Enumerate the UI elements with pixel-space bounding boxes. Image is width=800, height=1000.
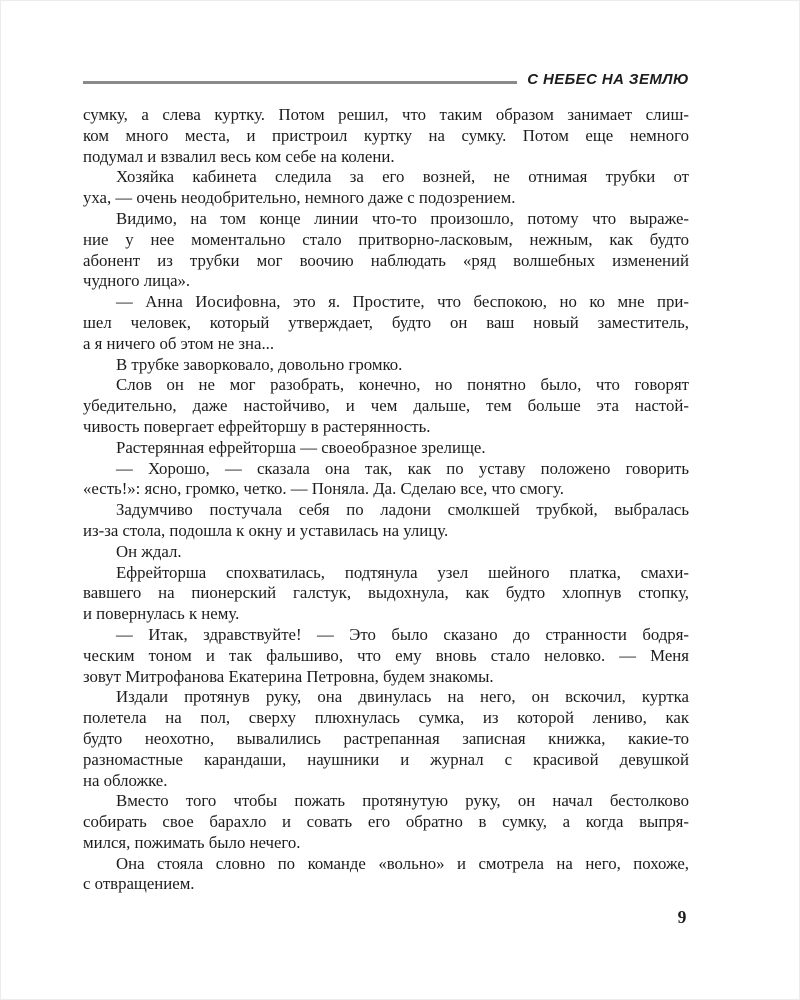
page-number: 9 — [669, 907, 695, 928]
text-line: сумку, а слева куртку. Потом решил, что … — [83, 105, 689, 126]
text-line: «есть!»: ясно, громко, четко. — Поняла. … — [83, 479, 689, 500]
text-line: чудного лица». — [83, 271, 689, 292]
text-line: а я ничего об этом не зна... — [83, 334, 689, 355]
text-line: ком много места, и пристроил куртку на с… — [83, 126, 689, 147]
text-line: Хозяйка кабинета следила за его возней, … — [83, 167, 689, 188]
paragraph: Задумчиво постучала себя по ладони смолк… — [83, 500, 689, 542]
paragraph: Слов он не мог разобрать, конечно, но по… — [83, 375, 689, 437]
text-line: будто неохотно, вывалились растрепанная … — [83, 729, 689, 750]
text-line: вавшего на пионерский галстук, выдохнула… — [83, 583, 689, 604]
text-line: ческим тоном и так фальшиво, что ему вно… — [83, 646, 689, 667]
paragraph: Растерянная ефрейторша — своеобразное зр… — [83, 438, 689, 459]
paragraph: Вместо того чтобы пожать протянутую руку… — [83, 791, 689, 853]
header-rule — [83, 81, 517, 84]
text-line: собирать свое барахло и совать его обрат… — [83, 812, 689, 833]
paragraph: — Анна Иосифовна, это я. Простите, что б… — [83, 292, 689, 354]
paragraph: В трубке заворковало, довольно громко. — [83, 355, 689, 376]
text-line: шел человек, который утверждает, будто о… — [83, 313, 689, 334]
paragraph: сумку, а слева куртку. Потом решил, что … — [83, 105, 689, 167]
text-line: Ефрейторша спохватилась, подтянула узел … — [83, 563, 689, 584]
text-line: Он ждал. — [83, 542, 689, 563]
text-line: с отвращением. — [83, 874, 689, 895]
text-line: В трубке заворковало, довольно громко. — [83, 355, 689, 376]
paragraph: Видимо, на том конце линии что-то произо… — [83, 209, 689, 292]
text-line: полетела на пол, сверху плюхнулась сумка… — [83, 708, 689, 729]
text-line: мился, пожимать было нечего. — [83, 833, 689, 854]
paragraph: Ефрейторша спохватилась, подтянула узел … — [83, 563, 689, 625]
text-line: Задумчиво постучала себя по ладони смолк… — [83, 500, 689, 521]
text-line: Вместо того чтобы пожать протянутую руку… — [83, 791, 689, 812]
paragraph: Хозяйка кабинета следила за его возней, … — [83, 167, 689, 209]
text-line: Слов он не мог разобрать, конечно, но по… — [83, 375, 689, 396]
running-title: С НЕБЕС НА ЗЕМЛЮ — [527, 71, 689, 88]
book-page: С НЕБЕС НА ЗЕМЛЮ сумку, а слева куртку. … — [0, 0, 800, 1000]
text-line: Видимо, на том конце линии что-то произо… — [83, 209, 689, 230]
text-line: из-за стола, подошла к окну и уставилась… — [83, 521, 689, 542]
paragraph: Издали протянув руку, она двинулась на н… — [83, 687, 689, 791]
text-line: Она стояла словно по команде «вольно» и … — [83, 854, 689, 875]
paragraph: — Итак, здравствуйте! — Это было сказано… — [83, 625, 689, 687]
text-line: — Итак, здравствуйте! — Это было сказано… — [83, 625, 689, 646]
text-line: разномастные карандаши, наушники и журна… — [83, 750, 689, 771]
paragraph: — Хорошо, — сказала она так, как по уста… — [83, 459, 689, 501]
text-line: и повернулась к нему. — [83, 604, 689, 625]
text-line: — Хорошо, — сказала она так, как по уста… — [83, 459, 689, 480]
text-line: Растерянная ефрейторша — своеобразное зр… — [83, 438, 689, 459]
text-line: на обложке. — [83, 771, 689, 792]
text-line: ние у нее моментально стало притворно-ла… — [83, 230, 689, 251]
text-line: убедительно, даже настойчиво, и чем даль… — [83, 396, 689, 417]
paragraph: Он ждал. — [83, 542, 689, 563]
text-line: Издали протянув руку, она двинулась на н… — [83, 687, 689, 708]
text-line: — Анна Иосифовна, это я. Простите, что б… — [83, 292, 689, 313]
text-line: зовут Митрофанова Екатерина Петровна, бу… — [83, 667, 689, 688]
paragraph: Она стояла словно по команде «вольно» и … — [83, 854, 689, 896]
text-line: уха, — очень неодобрительно, немного даж… — [83, 188, 689, 209]
text-line: чивость повергает ефрейторшу в растерянн… — [83, 417, 689, 438]
text-line: абонент из трубки мог воочию наблюдать «… — [83, 251, 689, 272]
page-header: С НЕБЕС НА ЗЕМЛЮ — [83, 71, 689, 88]
page-body: сумку, а слева куртку. Потом решил, что … — [83, 105, 689, 895]
text-line: подумал и взвалил весь ком себе на колен… — [83, 147, 689, 168]
